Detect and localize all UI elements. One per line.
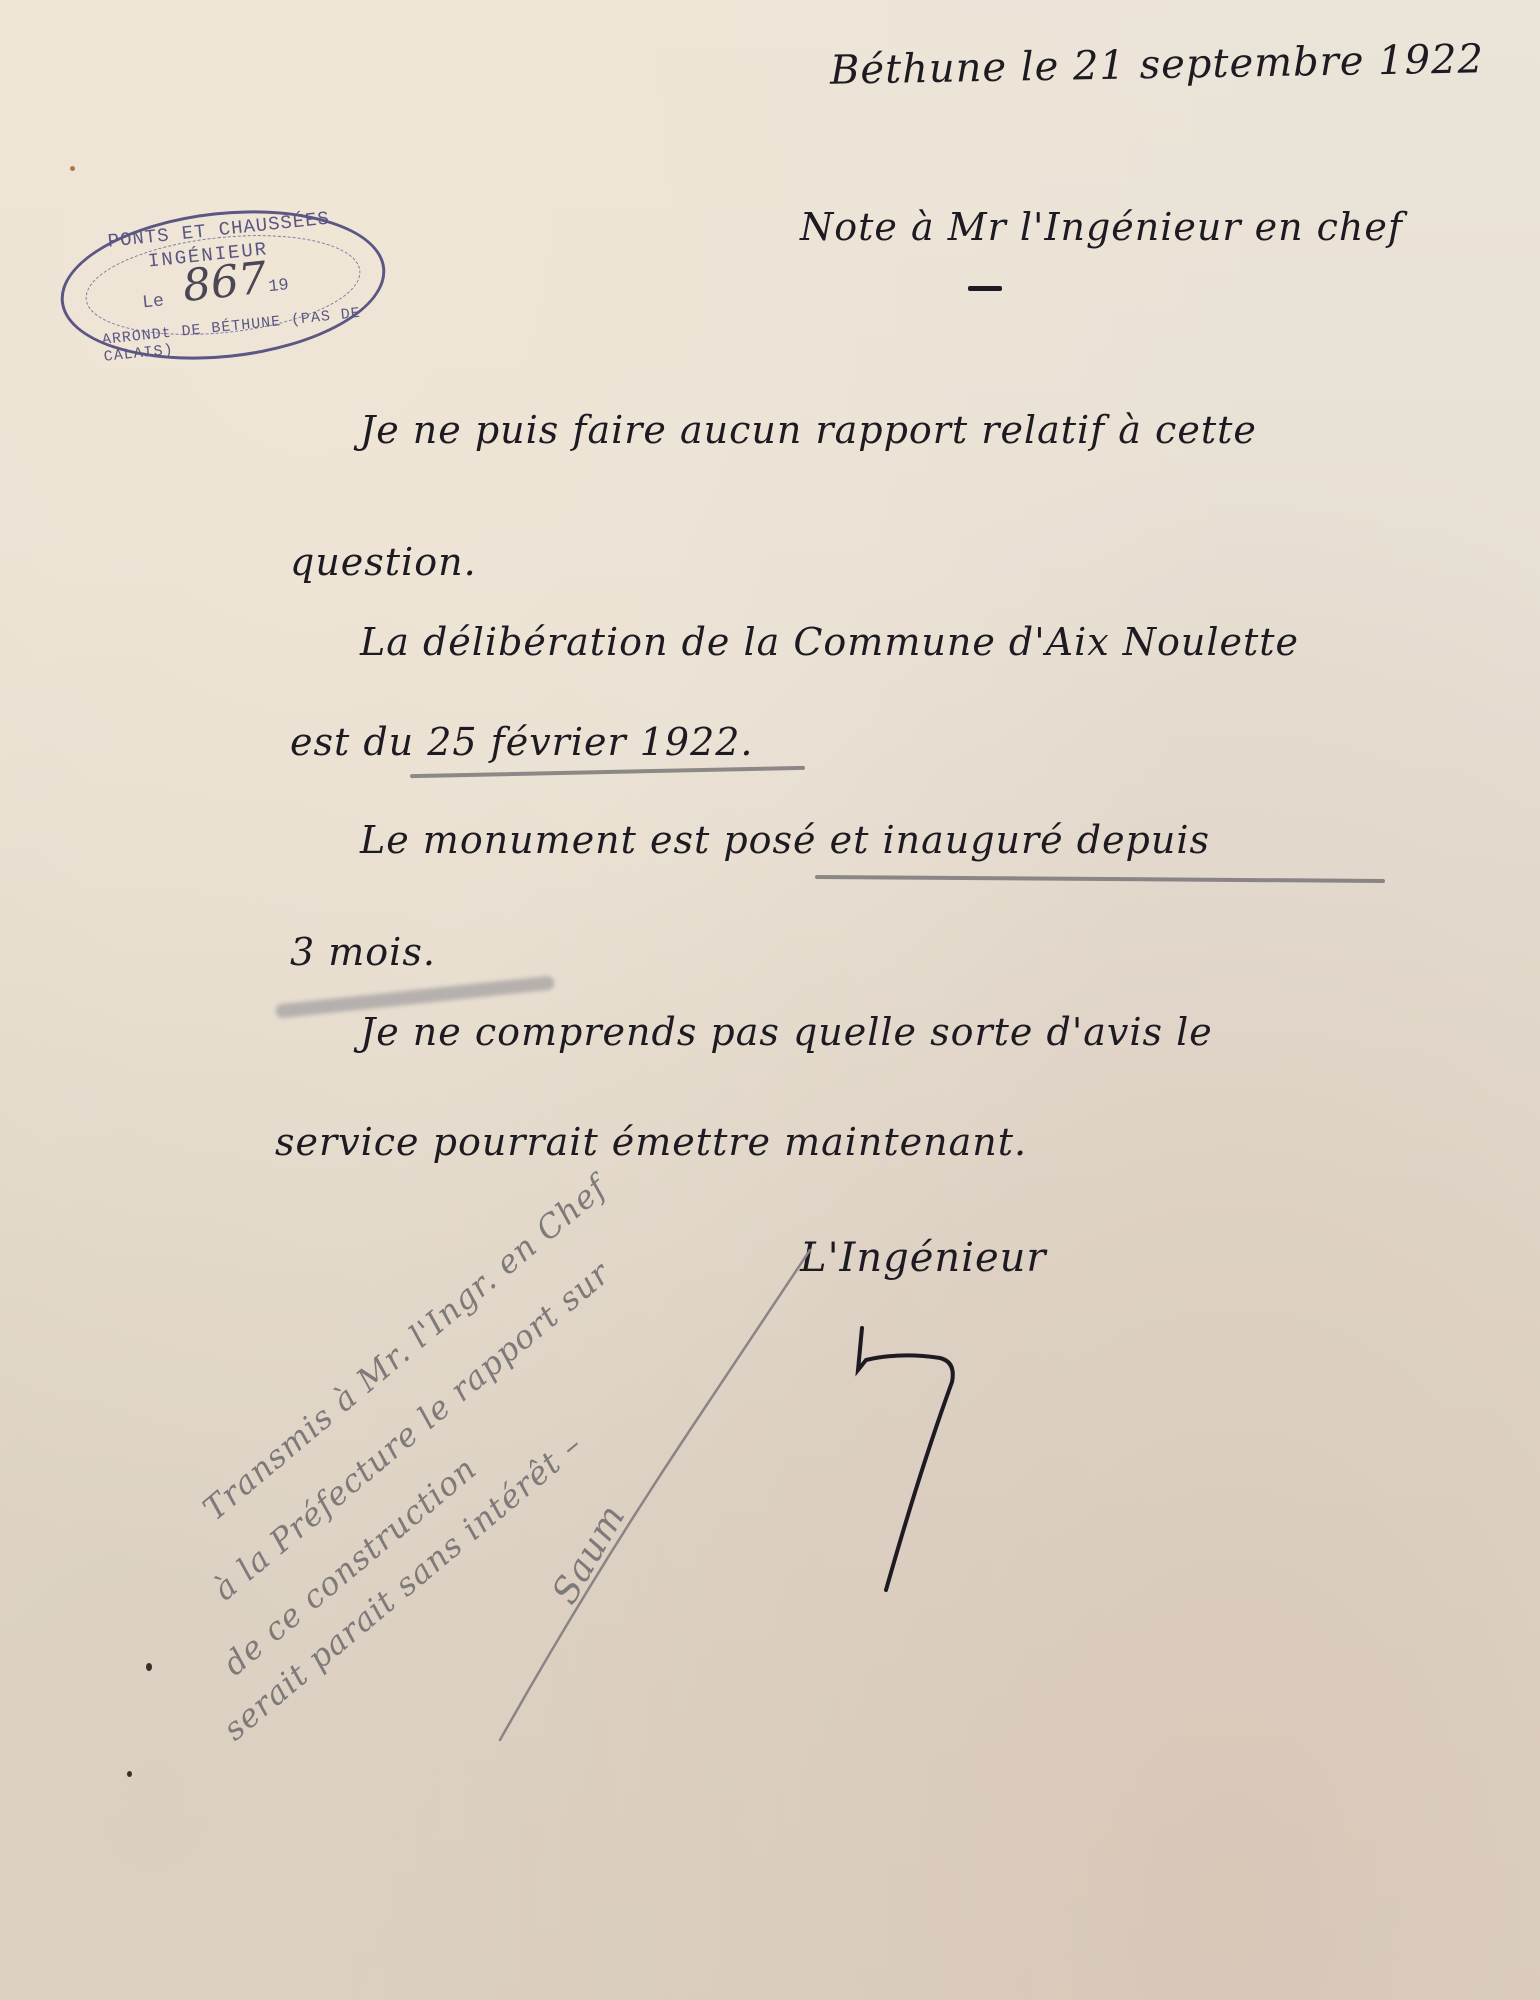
margin-note-initials: Saum	[544, 1497, 633, 1611]
paper-spot	[70, 166, 75, 171]
document-page: Béthune le 21 septembre 1922 PONTS ET CH…	[0, 0, 1540, 2000]
body-line-1: Je ne puis faire aucun rapport relatif à…	[360, 408, 1257, 452]
stamp-number: 867	[180, 253, 269, 312]
body-line-8: service pourrait émettre maintenant.	[275, 1120, 1027, 1164]
heading-dash	[968, 286, 1002, 291]
body-line-7: Je ne comprends pas quelle sorte d'avis …	[360, 1010, 1213, 1054]
place-date: Béthune le 21 septembre 1922	[830, 36, 1485, 93]
margin-note: Transmis à Mr. l'Ingr. en Chef à la Préf…	[200, 1190, 820, 1750]
stamp-le-label: Le	[141, 291, 165, 313]
underline-date	[410, 766, 805, 778]
signature-mark-icon	[840, 1320, 980, 1610]
note-heading: Note à Mr l'Ingénieur en chef	[800, 205, 1403, 249]
body-line-2: question.	[290, 540, 477, 584]
signature-title: L'Ingénieur	[800, 1235, 1047, 1281]
body-line-6: 3 mois.	[290, 930, 436, 974]
underline-inaugure	[815, 875, 1385, 883]
paper-spot	[127, 1771, 132, 1777]
body-line-3: La délibération de la Commune d'Aix Noul…	[360, 620, 1299, 664]
paper-spot	[146, 1663, 152, 1671]
stamp-year: 19	[268, 276, 290, 297]
ponts-et-chaussees-stamp: PONTS ET CHAUSSÉES INGÉNIEUR Le 867 19 A…	[53, 195, 392, 374]
body-line-5: Le monument est posé et inauguré depuis	[360, 818, 1210, 862]
body-line-4: est du 25 février 1922.	[290, 720, 754, 764]
